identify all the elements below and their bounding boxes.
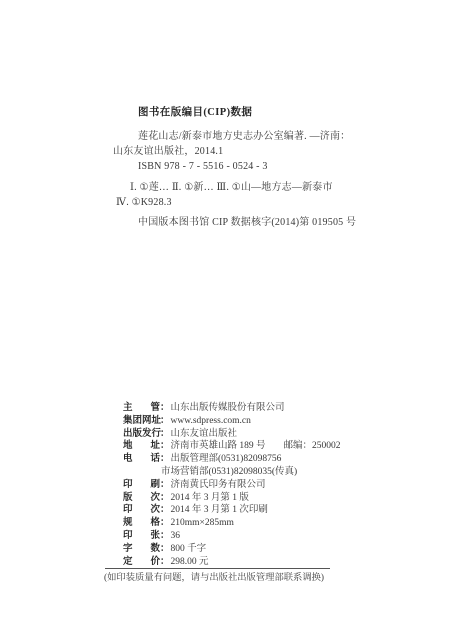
colophon-row-colon: ：	[160, 440, 170, 453]
colophon-row-colon: ：	[160, 428, 170, 441]
colophon-row-label: 出版发行	[123, 428, 160, 441]
colophon-row-colon: ：	[160, 402, 170, 415]
copyright-page: 图书在版编目(CIP)数据 莲花山志/新泰市地方史志办公室编著. —济南： 山东…	[0, 0, 450, 632]
cip-description-line-2: 山东友谊出版社，2014.1	[113, 144, 363, 159]
colophon-row: 版次 ： 2014 年 3 月第 1 版	[123, 492, 363, 505]
colophon-row: 地址 ： 济南市英雄山路 189 号 邮编：250002	[123, 440, 363, 453]
colophon-row-value: 298.00 元	[171, 556, 209, 569]
colophon-row-value: www.sdpress.com.cn	[171, 415, 251, 428]
colophon-row-colon: ：	[160, 517, 170, 530]
colophon-row-value: 济南黄氏印务有限公司	[171, 479, 266, 492]
colophon-row-colon: ：	[160, 453, 170, 466]
cip-block: 图书在版编目(CIP)数据 莲花山志/新泰市地方史志办公室编著. —济南： 山东…	[113, 106, 363, 230]
colophon-row-label: 印次	[123, 504, 160, 517]
colophon-row: 主管 ： 山东出版传媒股份有限公司	[123, 402, 363, 415]
colophon-row-colon: ：	[160, 543, 170, 556]
colophon-row-value: 山东出版传媒股份有限公司	[171, 402, 285, 415]
cip-header: 图书在版编目(CIP)数据	[113, 106, 363, 120]
colophon-row-value: 210mm×285mm	[171, 517, 234, 530]
colophon-row-label: 字数	[123, 543, 160, 556]
colophon-row-colon: ：	[160, 530, 170, 543]
colophon-row: 印刷 ： 济南黄氏印务有限公司	[123, 479, 363, 492]
quality-note: (如印装质量有问题，请与出版社出版管理部联系调换)	[104, 572, 324, 584]
colophon-row-value: 2014 年 3 月第 1 版	[171, 492, 249, 505]
cip-classification-line-1: Ⅰ. ①莲… Ⅱ. ①新… Ⅲ. ①山—地方志—新泰市	[113, 180, 363, 195]
colophon-row: 市场营销部(0531)82098035(传真)	[123, 466, 363, 479]
colophon-row-colon: ：	[160, 504, 170, 517]
colophon-row: 出版发行 ： 山东友谊出版社	[123, 428, 363, 441]
colophon-row-label: 集团网址	[123, 415, 160, 428]
colophon-row-value: 山东友谊出版社	[171, 428, 238, 441]
colophon-row-colon: ：	[160, 556, 170, 569]
colophon-row-label	[123, 466, 160, 479]
colophon-block: 主管 ： 山东出版传媒股份有限公司 集团网址 ： www.sdpress.com…	[123, 402, 363, 568]
colophon-row-label: 印张	[123, 530, 160, 543]
colophon-row-label: 定价	[123, 556, 160, 569]
colophon-row-label: 地址	[123, 440, 160, 453]
divider-rule	[105, 568, 330, 569]
colophon-row-label: 主管	[123, 402, 160, 415]
colophon-row-colon: ：	[160, 415, 170, 428]
cip-classification-line-2: Ⅳ. ①K928.3	[113, 195, 363, 210]
colophon-row: 印次 ： 2014 年 3 月第 1 次印刷	[123, 504, 363, 517]
colophon-row-colon: ：	[160, 479, 170, 492]
colophon-row-label: 电话	[123, 453, 160, 466]
colophon-row-label: 版次	[123, 492, 160, 505]
colophon-row-label: 规格	[123, 517, 160, 530]
colophon-row-value: 800 千字	[171, 543, 207, 556]
cip-description-line-1: 莲花山志/新泰市地方史志办公室编著. —济南：	[113, 129, 363, 144]
colophon-row: 字数 ： 800 千字	[123, 543, 363, 556]
colophon-row: 印张 ： 36	[123, 530, 363, 543]
colophon-row-value: 出版管理部(0531)82098756	[171, 453, 282, 466]
cip-record-number: 中国版本图书馆 CIP 数据核字(2014)第 019505 号	[113, 215, 363, 230]
cip-isbn: ISBN 978 - 7 - 5516 - 0524 - 3	[113, 159, 363, 174]
colophon-row: 集团网址 ： www.sdpress.com.cn	[123, 415, 363, 428]
colophon-row-extra: 邮编：250002	[284, 440, 341, 453]
colophon-row-value: 36	[171, 530, 181, 543]
colophon-row: 电话 ： 出版管理部(0531)82098756	[123, 453, 363, 466]
colophon-row-value: 2014 年 3 月第 1 次印刷	[171, 504, 268, 517]
colophon-row: 规格 ： 210mm×285mm	[123, 517, 363, 530]
colophon-row-label: 印刷	[123, 479, 160, 492]
colophon-row: 定价 ： 298.00 元	[123, 556, 363, 569]
colophon-row-value: 济南市英雄山路 189 号	[171, 440, 266, 453]
colophon-row-value: 市场营销部(0531)82098035(传真)	[161, 466, 297, 479]
colophon-row-colon: ：	[160, 492, 170, 505]
